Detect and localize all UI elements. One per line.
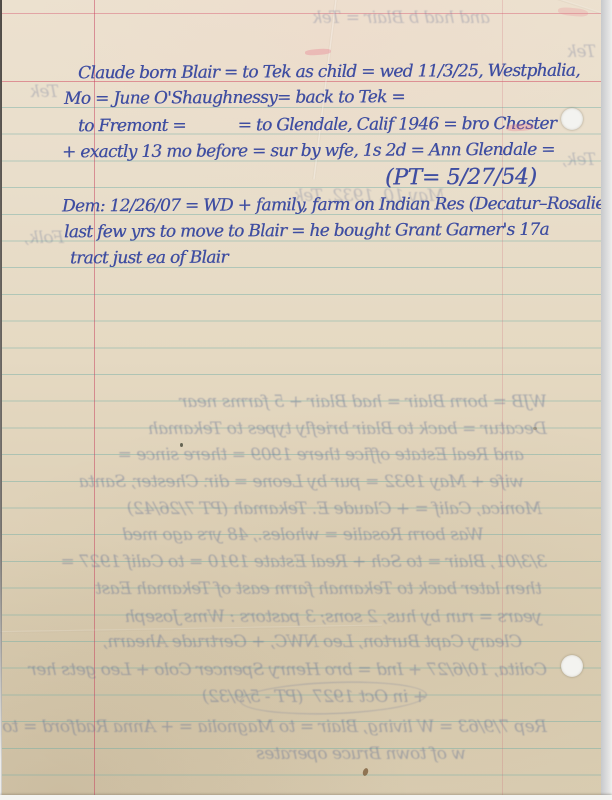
scan-edge-bottom xyxy=(0,795,612,800)
bleedthrough-line: w of town Bruce operates xyxy=(314,744,466,764)
bleedthrough-line: WJB = born Blair = had Blair + 5 farms n… xyxy=(147,392,547,412)
handwriting-line: Claude born Blair = to Tek as child = we… xyxy=(78,61,580,84)
handwriting-line: last few yrs to move to Blair = he bough… xyxy=(64,220,549,243)
bleedthrough-line: Rep 7/9/63 = W living, Blair = to Magnol… xyxy=(54,717,547,737)
bleedthrough-fragment: Tek xyxy=(538,42,596,62)
bleedthrough-line: Colita, 10/6/27 + Ind = bro Henry Spence… xyxy=(58,660,547,680)
bleedthrough-line: Was born Rosalie = wholes., 48 yrs ago m… xyxy=(94,525,484,545)
bleedthrough-line: and Real Estate office there 1909 = ther… xyxy=(102,445,524,465)
handwriting-line: + exactly 13 mo before = sur by wfe, 1s … xyxy=(62,140,555,163)
hole-punch-bottom xyxy=(561,655,583,677)
bleedthrough-line: Monica, Calif = + Claude E. Tekamah (PT … xyxy=(60,499,542,519)
handwriting-line: Dem: 12/26/07 = WD + family, farm on Ind… xyxy=(62,194,611,217)
bleedthrough-line: then later back to Tekamah farm east of … xyxy=(60,579,542,599)
scan-edge-right xyxy=(601,0,612,800)
bleedthrough-line: years = run by hus, 2 sons; 3 pastors : … xyxy=(74,607,542,627)
paper-wrinkle xyxy=(510,0,612,31)
bleedthrough-line: Decatur = back to Blair briefly types to… xyxy=(80,419,547,439)
hole-punch-top xyxy=(561,108,583,130)
handwriting-line: to Fremont = = to Glendale, Calif 1946 =… xyxy=(78,114,556,137)
scan-edge-left xyxy=(0,0,2,760)
paper-speck xyxy=(533,427,537,430)
handwriting-line: (PT= 5/27/54) xyxy=(385,165,537,191)
bleedthrough-fragment: Folk, xyxy=(2,228,64,248)
scanned-document: Tek Folk, Tek Tek, and had b Blair = Tek… xyxy=(0,0,612,800)
bleedthrough-fragment: Tek xyxy=(4,82,59,102)
bleedthrough-line: wife + May 1932 = pur by Leone = dir. Ch… xyxy=(64,472,524,492)
handwriting-line: tract just ea of Blair xyxy=(70,248,228,269)
bleedthrough-fragment: and had b Blair = Tek xyxy=(240,8,490,28)
bleedthrough-line: Cleary Capt Burton, Leo NWC, + Gertrude … xyxy=(60,632,522,652)
paper-sheet: Tek Folk, Tek Tek, and had b Blair = Tek… xyxy=(2,0,601,795)
ink-speck xyxy=(180,443,183,447)
handwriting-line: Mo = June O'Shaughnessy= back to Tek = xyxy=(64,87,405,109)
bleedthrough-line: 3/3/01, Blair = to Sch + Real Estate 191… xyxy=(60,552,547,572)
